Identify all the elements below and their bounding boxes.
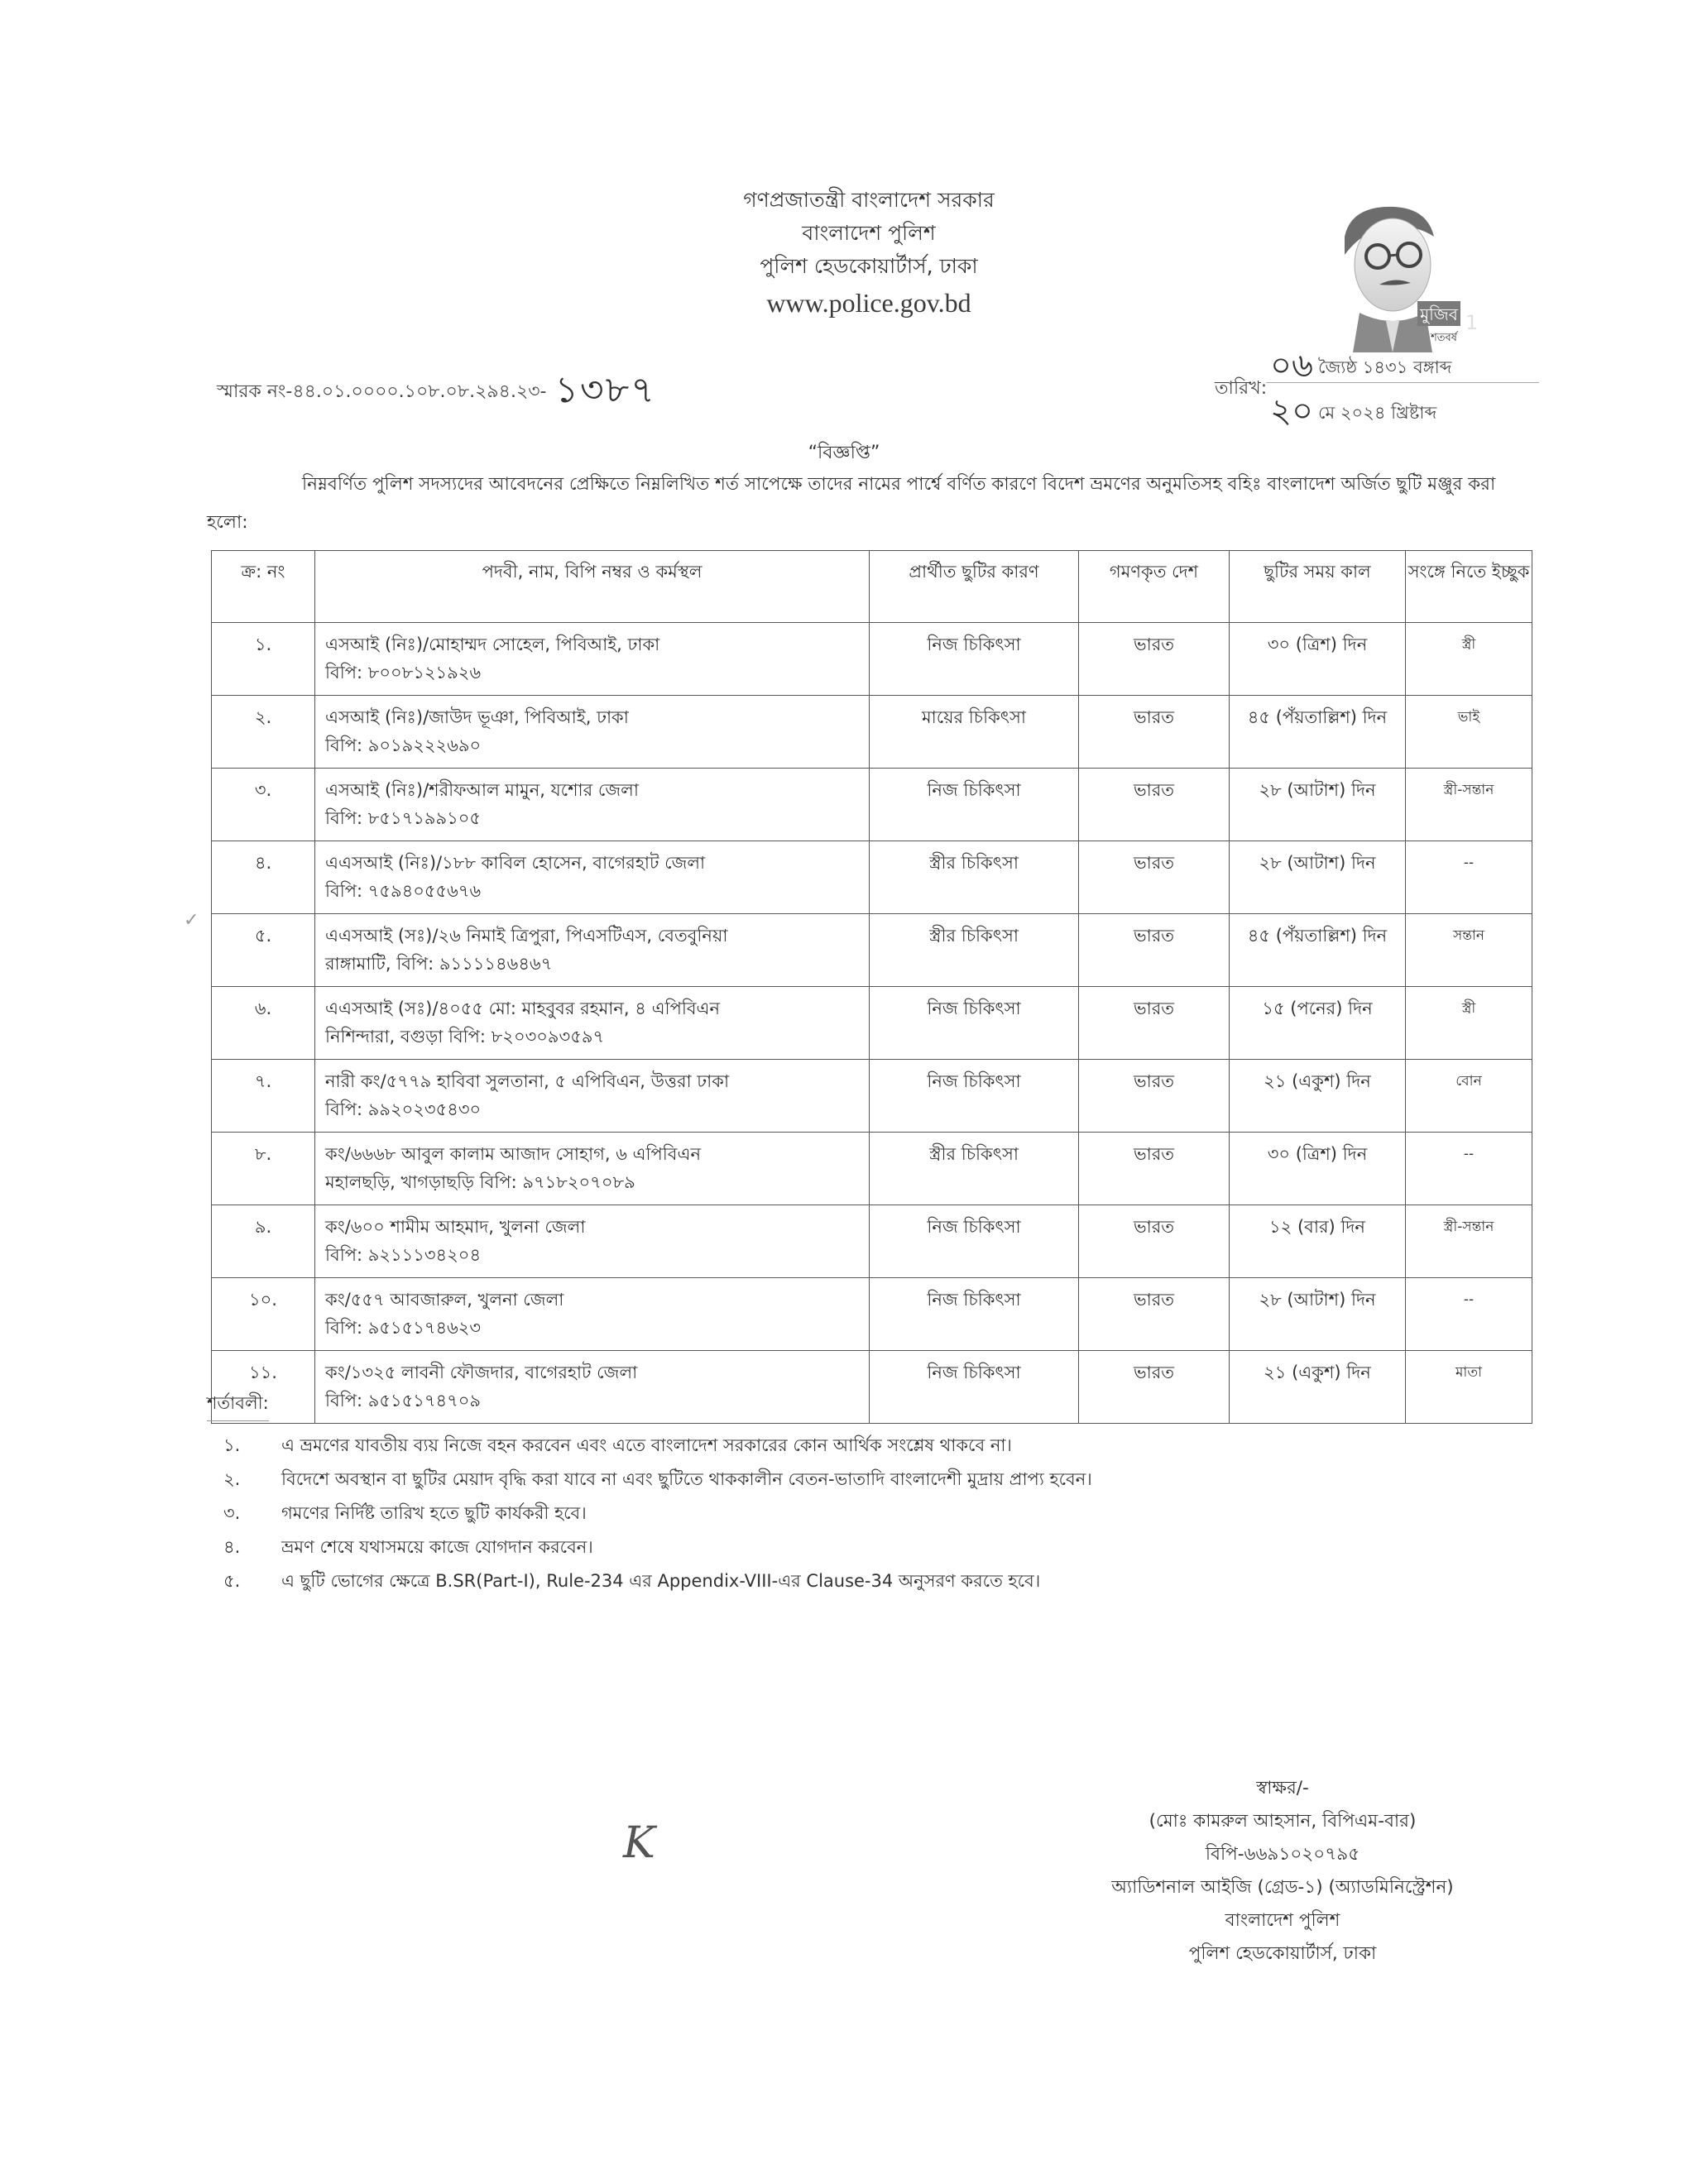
companion-cell: সন্তান [1406,914,1532,987]
member-rank-name: কং/৬০০ শামীম আহমাদ, খুলনা জেলা [325,1213,869,1241]
signatory-designation: অ্যাডিশনাল আইজি (গ্রেড-১) (অ্যাডমিনিস্ট্… [1034,1871,1531,1904]
table-row: ৮.কং/৬৬৬৮ আবুল কালাম আজাদ সোহাগ, ৬ এপিবি… [212,1133,1532,1205]
country-cell: ভারত [1079,1351,1230,1424]
condition-item: ১.এ ভ্রমণের যাবতীয় ব্যয় নিজে বহন করবেন… [223,1430,1547,1463]
reason-cell: নিজ চিকিৎসা [870,769,1079,841]
companion-cell: ভাই [1406,696,1532,769]
member-bp-number: বিপি: ৭৫৯৪০৫৫৬৭৬ [325,877,869,905]
office-name: পুলিশ হেডকোয়ার্টার্স, ঢাকা [679,250,1059,283]
companion-cell: স্ত্রী-সন্তান [1406,769,1532,841]
svg-text:100: 100 [1465,311,1477,334]
date-divider [1266,382,1539,383]
govt-name: গণপ্রজাতন্ত্রী বাংলাদেশ সরকার [679,184,1059,217]
country-cell: ভারত [1079,1205,1230,1278]
member-bp-number: বিপি: ৯৫১৫১৭৪৭০৯ [325,1387,869,1415]
col-serial: ক্র: নং [212,551,315,623]
notice-title: “বিজ্ঞপ্তি” [0,438,1688,469]
serial-cell: ৭. [212,1060,315,1133]
member-cell: এএসআই (নিঃ)/১৮৮ কাবিল হোসেন, বাগেরহাট জে… [315,841,870,914]
member-cell: এসআই (নিঃ)/মোহাম্মদ সোহেল, পিবিআই, ঢাকাব… [315,623,870,696]
country-cell: ভারত [1079,769,1230,841]
duration-cell: ৪৫ (পঁয়তাল্লিশ) দিন [1230,914,1406,987]
duration-cell: ২১ (একুশ) দিন [1230,1351,1406,1424]
signatory-org: বাংলাদেশ পুলিশ [1034,1904,1531,1937]
table-row: ৭.নারী কং/৫৭৭৯ হাবিবা সুলতানা, ৫ এপিবিএন… [212,1060,1532,1133]
notice-intro: নিম্নবর্ণিত পুলিশ সদস্যদের আবেদনের প্রেক… [207,466,1539,542]
country-cell: ভারত [1079,696,1230,769]
serial-cell: ৩. [212,769,315,841]
table-row: ৩.এসআই (নিঃ)/শরীফআল মামুন, যশোর জেলাবিপি… [212,769,1532,841]
duration-cell: ৩০ (ত্রিশ) দিন [1230,1133,1406,1205]
member-bp-number: মহালছড়ি, খাগড়াছড়ি বিপি: ৯৭১৮২০৭০৮৯ [325,1168,869,1196]
member-bp-number: বিপি: ৯৫১৫১৭৪৬২৩ [325,1314,869,1342]
condition-number: ২. [223,1466,281,1495]
reason-cell: নিজ চিকিৎসা [870,623,1079,696]
signatory-bp: বিপি-৬৬৯১০২০৭৯৫ [1034,1838,1531,1871]
leave-approval-table: ক্র: নং পদবী, নাম, বিপি নম্বর ও কর্মস্থল… [211,550,1532,1424]
conditions-list: ১.এ ভ্রমণের যাবতীয় ব্যয় নিজে বহন করবেন… [223,1430,1547,1599]
condition-item: ৪.ভ্রমণ শেষে যথাসময়ে কাজে যোগদান করবেন। [223,1531,1547,1565]
reason-cell: স্ত্রীর চিকিৎসা [870,841,1079,914]
member-rank-name: এসআই (নিঃ)/জাউদ ভূঞা, পিবিআই, ঢাকা [325,703,869,731]
date-english: ২০মে ২০২৪ খ্রিষ্টাব্দ [1270,385,1436,440]
member-cell: কং/১৩২৫ লাবনী ফৌজদার, বাগেরহাট জেলাবিপি:… [315,1351,870,1424]
member-cell: কং/৫৫৭ আবজারুল, খুলনা জেলাবিপি: ৯৫১৫১৭৪৬… [315,1278,870,1351]
serial-cell: ১০. [212,1278,315,1351]
member-bp-number: বিপি: ৯০১৯২২২৬৯০ [325,731,869,759]
table-row: ১১.কং/১৩২৫ লাবনী ফৌজদার, বাগেরহাট জেলাবি… [212,1351,1532,1424]
country-cell: ভারত [1079,841,1230,914]
reason-cell: মায়ের চিকিৎসা [870,696,1079,769]
table-row: ২.এসআই (নিঃ)/জাউদ ভূঞা, পিবিআই, ঢাকাবিপি… [212,696,1532,769]
member-rank-name: নারী কং/৫৭৭৯ হাবিবা সুলতানা, ৫ এপিবিএন, … [325,1067,869,1095]
country-cell: ভারত [1079,1133,1230,1205]
signatory-name: (মোঃ কামরুল আহসান, বিপিএম-বার) [1034,1805,1531,1838]
country-cell: ভারত [1079,1278,1230,1351]
table-row: ১০.কং/৫৫৭ আবজারুল, খুলনা জেলাবিপি: ৯৫১৫১… [212,1278,1532,1351]
condition-item: ৫.এ ছুটি ভোগের ক্ষেত্রে B.SR(Part-I), Ru… [223,1565,1547,1599]
condition-text: এ ছুটি ভোগের ক্ষেত্রে B.SR(Part-I), Rule… [281,1568,1040,1597]
member-rank-name: এএসআই (সঃ)/২৬ নিমাই ত্রিপুরা, পিএসটিএস, … [325,922,869,950]
serial-cell: ৯. [212,1205,315,1278]
condition-item: ৩.গমণের নির্দিষ্ট তারিখ হতে ছুটি কার্যকর… [223,1497,1547,1531]
serial-cell: ৬. [212,987,315,1060]
col-companion: সংঙ্গে নিতে ইচ্ছুক [1406,551,1532,623]
reason-cell: নিজ চিকিৎসা [870,987,1079,1060]
table-row: ৬.এএসআই (সঃ)/৪০৫৫ মো: মাহবুবর রহমান, ৪ এ… [212,987,1532,1060]
member-cell: নারী কং/৫৭৭৯ হাবিবা সুলতানা, ৫ এপিবিএন, … [315,1060,870,1133]
date-bangla-rest: জ্যৈষ্ঠ ১৪৩১ বঙ্গাব্দ [1318,357,1451,377]
duration-cell: ৪৫ (পঁয়তাল্লিশ) দিন [1230,696,1406,769]
conditions-title: শর্তাবলী: [207,1390,269,1421]
svg-text:মুজিব: মুজিব [1419,304,1459,324]
table-header-row: ক্র: নং পদবী, নাম, বিপি নম্বর ও কর্মস্থল… [212,551,1532,623]
member-rank-name: এএসআই (নিঃ)/১৮৮ কাবিল হোসেন, বাগেরহাট জে… [325,849,869,877]
date-english-rest: মে ২০২৪ খ্রিষ্টাব্দ [1318,403,1436,423]
date-bangla-day: ০৬ [1270,347,1313,385]
member-bp-number: বিপি: ৮০০৮১২১৯২৬ [325,659,869,687]
reason-cell: নিজ চিকিৎসা [870,1060,1079,1133]
member-rank-name: এএসআই (সঃ)/৪০৫৫ মো: মাহবুবর রহমান, ৪ এপি… [325,994,869,1023]
country-cell: ভারত [1079,987,1230,1060]
country-cell: ভারত [1079,914,1230,987]
member-bp-number: বিপি: ৯৯২০২৩৫৪৩০ [325,1095,869,1123]
condition-number: ৫. [223,1568,281,1597]
member-bp-number: রাঙ্গামাটি, বিপি: ৯১১১১৪৬৪৬৭ [325,950,869,978]
country-cell: ভারত [1079,623,1230,696]
condition-text: বিদেশে অবস্থান বা ছুটির মেয়াদ বৃদ্ধি কর… [281,1466,1092,1495]
serial-cell: ৪. [212,841,315,914]
serial-cell: ২. [212,696,315,769]
handwritten-initial: K [623,1818,655,1868]
memo-label: স্মারক নং-৪৪.০১.০০০০.১০৮.০৮.২৯৪.২৩- [217,381,547,402]
reason-cell: স্ত্রীর চিকিৎসা [870,1133,1079,1205]
duration-cell: ১৫ (পনের) দিন [1230,987,1406,1060]
companion-cell: -- [1406,1278,1532,1351]
condition-text: গমণের নির্দিষ্ট তারিখ হতে ছুটি কার্যকরী … [281,1500,587,1529]
table-row: ১.এসআই (নিঃ)/মোহাম্মদ সোহেল, পিবিআই, ঢাক… [212,623,1532,696]
condition-number: ৩. [223,1500,281,1529]
duration-cell: ২৮ (আটাশ) দিন [1230,1278,1406,1351]
duration-cell: ৩০ (ত্রিশ) দিন [1230,623,1406,696]
condition-text: এ ভ্রমণের যাবতীয় ব্যয় নিজে বহন করবেন এ… [281,1432,1012,1461]
member-rank-name: কং/৬৬৬৮ আবুল কালাম আজাদ সোহাগ, ৬ এপিবিএন [325,1140,869,1168]
col-country: গমণকৃত দেশ [1079,551,1230,623]
reason-cell: নিজ চিকিৎসা [870,1205,1079,1278]
signatory-office: পুলিশ হেডকোয়ার্টার্স, ঢাকা [1034,1937,1531,1971]
member-cell: এএসআই (সঃ)/৪০৫৫ মো: মাহবুবর রহমান, ৪ এপি… [315,987,870,1060]
org-name: বাংলাদেশ পুলিশ [679,217,1059,250]
reason-cell: নিজ চিকিৎসা [870,1278,1079,1351]
serial-cell: ১. [212,623,315,696]
companion-cell: -- [1406,841,1532,914]
reason-cell: নিজ চিকিৎসা [870,1351,1079,1424]
mujib-borsho-logo-icon: মুজিব শতবর্ষ 100 [1312,197,1477,352]
companion-cell: স্ত্রী [1406,987,1532,1060]
duration-cell: ২১ (একুশ) দিন [1230,1060,1406,1133]
member-cell: কং/৬০০ শামীম আহমাদ, খুলনা জেলাবিপি: ৯২১১… [315,1205,870,1278]
member-rank-name: এসআই (নিঃ)/মোহাম্মদ সোহেল, পিবিআই, ঢাকা [325,630,869,659]
companion-cell: স্ত্রী [1406,623,1532,696]
condition-number: ১. [223,1432,281,1461]
signed-marker: স্বাক্ষর/- [1034,1772,1531,1805]
companion-cell: -- [1406,1133,1532,1205]
condition-text: ভ্রমণ শেষে যথাসময়ে কাজে যোগদান করবেন। [281,1534,593,1563]
duration-cell: ২৮ (আটাশ) দিন [1230,841,1406,914]
country-cell: ভারত [1079,1060,1230,1133]
date-label: তারিখ: [1215,374,1267,405]
member-cell: এএসআই (সঃ)/২৬ নিমাই ত্রিপুরা, পিএসটিএস, … [315,914,870,987]
member-cell: কং/৬৬৬৮ আবুল কালাম আজাদ সোহাগ, ৬ এপিবিএন… [315,1133,870,1205]
serial-cell: ৮. [212,1133,315,1205]
signature-block: স্বাক্ষর/- (মোঃ কামরুল আহসান, বিপিএম-বার… [1034,1772,1531,1971]
condition-item: ২.বিদেশে অবস্থান বা ছুটির মেয়াদ বৃদ্ধি … [223,1463,1547,1497]
member-cell: এসআই (নিঃ)/জাউদ ভূঞা, পিবিআই, ঢাকাবিপি: … [315,696,870,769]
margin-tick-icon: ✓ [184,910,199,931]
date-english-day: ২০ [1270,392,1313,430]
table-row: ৫.এএসআই (সঃ)/২৬ নিমাই ত্রিপুরা, পিএসটিএস… [212,914,1532,987]
col-reason: প্রার্থীত ছুটির কারণ [870,551,1079,623]
condition-number: ৪. [223,1534,281,1563]
member-bp-number: বিপি: ৮৫১৭১৯৯১০৫ [325,804,869,832]
letterhead: গণপ্রজাতন্ত্রী বাংলাদেশ সরকার বাংলাদেশ প… [679,184,1059,321]
reason-cell: স্ত্রীর চিকিৎসা [870,914,1079,987]
member-bp-number: নিশিন্দারা, বগুড়া বিপি: ৮২০৩০৯৩৫৯৭ [325,1023,869,1051]
duration-cell: ২৮ (আটাশ) দিন [1230,769,1406,841]
memo-handwritten-number: ১৩৮৭ [555,369,656,411]
member-bp-number: বিপি: ৯২১১১৩৪২০৪ [325,1241,869,1269]
companion-cell: স্ত্রী-সন্তান [1406,1205,1532,1278]
duration-cell: ১২ (বার) দিন [1230,1205,1406,1278]
member-rank-name: এসআই (নিঃ)/শরীফআল মামুন, যশোর জেলা [325,776,869,804]
member-rank-name: কং/৫৫৭ আবজারুল, খুলনা জেলা [325,1286,869,1314]
companion-cell: বোন [1406,1060,1532,1133]
website-link: www.police.gov.bd [679,285,1059,321]
member-cell: এসআই (নিঃ)/শরীফআল মামুন, যশোর জেলাবিপি: … [315,769,870,841]
col-name: পদবী, নাম, বিপি নম্বর ও কর্মস্থল [315,551,870,623]
table-row: ৯.কং/৬০০ শামীম আহমাদ, খুলনা জেলাবিপি: ৯২… [212,1205,1532,1278]
member-rank-name: কং/১৩২৫ লাবনী ফৌজদার, বাগেরহাট জেলা [325,1358,869,1387]
memo-number: স্মারক নং-৪৪.০১.০০০০.১০৮.০৮.২৯৪.২৩-১৩৮৭ [217,362,656,423]
companion-cell: মাতা [1406,1351,1532,1424]
table-row: ৪.এএসআই (নিঃ)/১৮৮ কাবিল হোসেন, বাগেরহাট … [212,841,1532,914]
col-duration: ছুটির সময় কাল [1230,551,1406,623]
serial-cell: ৫. [212,914,315,987]
